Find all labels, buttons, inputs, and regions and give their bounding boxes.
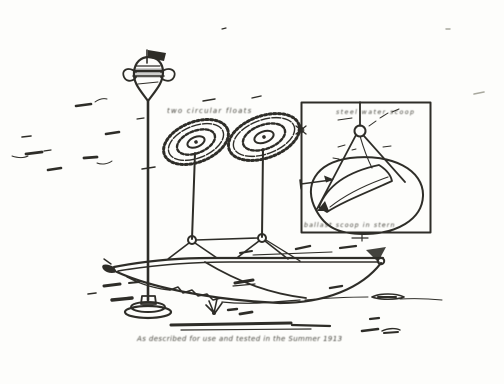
stone-mark — [370, 318, 379, 319]
paper-background — [0, 0, 504, 384]
sketch-canvas: two circular floats steel water scoop ba… — [0, 0, 504, 384]
stone-mark — [104, 284, 120, 286]
bottom-caption: As described for use and tested in the S… — [136, 335, 343, 343]
drop-line-right — [262, 149, 263, 237]
floats-label: two circular floats — [167, 107, 252, 115]
stone-mark — [384, 332, 398, 333]
field-dash — [84, 157, 97, 158]
ground-bar — [292, 325, 330, 326]
pointer-tick — [300, 180, 301, 189]
scanned-illustration: two circular floats steel water scoop ba… — [0, 0, 504, 384]
inset-label: steel water scoop — [336, 108, 415, 116]
inset-caption: ballast scoop in stern — [304, 221, 396, 229]
field-dash — [22, 136, 31, 137]
ground-bar — [171, 323, 291, 325]
stone-mark — [129, 282, 139, 283]
field-dash — [26, 152, 42, 154]
stone-mark — [228, 309, 237, 310]
stone-mark — [88, 293, 96, 294]
stone-mark — [112, 298, 132, 300]
stone-mark — [240, 312, 252, 314]
